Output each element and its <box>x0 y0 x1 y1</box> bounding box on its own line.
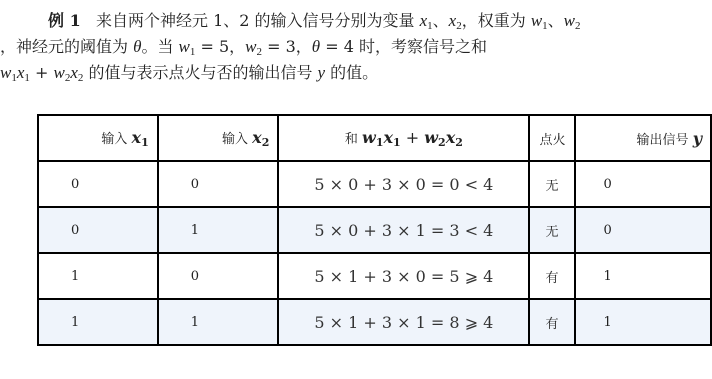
var-w1: w1 <box>179 37 196 56</box>
plus-sign: + <box>30 63 54 82</box>
var-w2: w2 <box>53 63 70 82</box>
table-row: 0 0 5 × 0 + 3 × 0 = 0 < 4 无 0 <box>38 161 711 207</box>
cell-y: 0 <box>575 161 711 207</box>
cell-x2: 0 <box>158 161 279 207</box>
statement-text: 时，考察信号之和 <box>354 37 487 56</box>
cell-fire: 无 <box>529 207 574 253</box>
header-input-x1: 输入 x1 <box>38 115 158 161</box>
cell-fire: 有 <box>529 299 574 345</box>
cell-x1: 0 <box>38 207 158 253</box>
example-label: 例 1 <box>48 11 81 30</box>
statement-text: ，神经元的阈值为 <box>0 37 133 56</box>
cell-x2: 0 <box>158 253 279 299</box>
truth-table: 输入 x1 输入 x2 和 w1x1 + w2x2 点火 输出信号 y 0 0 … <box>37 114 712 346</box>
var-x1: x1 <box>420 11 433 30</box>
table-header-row: 输入 x1 输入 x2 和 w1x1 + w2x2 点火 输出信号 y <box>38 115 711 161</box>
var-w1: w1 <box>531 11 548 30</box>
statement-text: 。当 <box>141 37 178 56</box>
var-w2: w2 <box>564 11 581 30</box>
var-x1: x1 <box>17 63 30 82</box>
cell-x1: 1 <box>38 299 158 345</box>
cell-sum: 5 × 0 + 3 × 0 = 0 < 4 <box>278 161 529 207</box>
var-x2: x2 <box>449 11 462 30</box>
statement-text: 来自两个神经元 1、2 的输入信号分别为变量 <box>96 11 420 30</box>
table-row: 0 1 5 × 0 + 3 × 1 = 3 < 4 无 0 <box>38 207 711 253</box>
separator: 、 <box>548 11 564 30</box>
statement-text: ，权重为 <box>462 11 531 30</box>
cell-y: 0 <box>575 207 711 253</box>
var-w2: w2 <box>245 37 262 56</box>
statement-text: 的值与表示点火与否的输出信号 <box>83 63 317 82</box>
header-input-x2: 输入 x2 <box>158 115 279 161</box>
cell-sum: 5 × 1 + 3 × 1 = 8 ⩾ 4 <box>278 299 529 345</box>
cell-x1: 1 <box>38 253 158 299</box>
cell-y: 1 <box>575 299 711 345</box>
header-sum: 和 w1x1 + w2x2 <box>278 115 529 161</box>
separator: 、 <box>433 11 449 30</box>
cell-sum: 5 × 1 + 3 × 0 = 5 ⩾ 4 <box>278 253 529 299</box>
cell-x1: 0 <box>38 161 158 207</box>
cell-y: 1 <box>575 253 711 299</box>
var-theta: θ <box>312 37 320 56</box>
var-w1: w1 <box>0 63 17 82</box>
table-row: 1 1 5 × 1 + 3 × 1 = 8 ⩾ 4 有 1 <box>38 299 711 345</box>
cell-fire: 无 <box>529 161 574 207</box>
header-output-y: 输出信号 y <box>575 115 711 161</box>
var-y: y <box>318 63 326 82</box>
statement-text: 的值。 <box>325 63 378 82</box>
cell-fire: 有 <box>529 253 574 299</box>
w1-value: = 5， <box>195 37 245 56</box>
statement-line-3: w1x1 + w2x2 的值与表示点火与否的输出信号 y 的值。 <box>0 60 378 91</box>
cell-x2: 1 <box>158 299 279 345</box>
theta-value: = 4 <box>320 37 354 56</box>
w2-value: = 3， <box>262 37 312 56</box>
table-row: 1 0 5 × 1 + 3 × 0 = 5 ⩾ 4 有 1 <box>38 253 711 299</box>
var-x2: x2 <box>70 63 83 82</box>
cell-x2: 1 <box>158 207 279 253</box>
cell-sum: 5 × 0 + 3 × 1 = 3 < 4 <box>278 207 529 253</box>
header-fire: 点火 <box>529 115 574 161</box>
